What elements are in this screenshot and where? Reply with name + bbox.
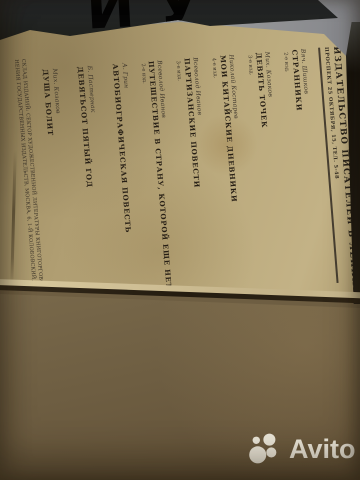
avito-watermark-text: Avito <box>289 436 356 463</box>
avito-logo-icon <box>249 433 282 466</box>
book-entry: Мих. Козаков ДЕВЯТЬ ТОЧЕК 3-е изд. <box>247 51 290 292</box>
book-entry: А. Грин АВТОБИОГРАФИЧЕСКАЯ ПОВЕСТЬ <box>104 63 146 304</box>
book-entry: Всеволод Иванов ПУТЕШЕСТВИЕ В СТРАНУ, КО… <box>139 60 182 301</box>
book-photo: ИЗДАТЕЛЬСТВО ПИСАТЕЛЕЙ В ЛЕНИНГРАДЕ ПРОС… <box>0 0 360 480</box>
page-content: ИЗДАТЕЛЬСТВО ПИСАТЕЛЕЙ В ЛЕНИНГРАДЕ ПРОС… <box>13 46 359 311</box>
book-entry: Всеволод Иванов ПАРТИЗАНСКИЕ ПОВЕСТИ 3-е… <box>175 57 218 298</box>
book-entry: Вяч. Шишков СТРАННИКИ 2-е изд. <box>282 49 325 290</box>
book-page: ИЗДАТЕЛЬСТВО ПИСАТЕЛЕЙ В ЛЕНИНГРАДЕ ПРОС… <box>0 0 360 308</box>
book-entry: Николай Костарев МОИ КИТАЙСКИЕ ДНЕВНИКИ … <box>211 54 254 295</box>
book-entry: Б. Пастернак ДЕВЯТЬСОТ ПЯТЫЙ ГОД <box>70 65 112 306</box>
avito-watermark: Avito <box>249 433 356 466</box>
